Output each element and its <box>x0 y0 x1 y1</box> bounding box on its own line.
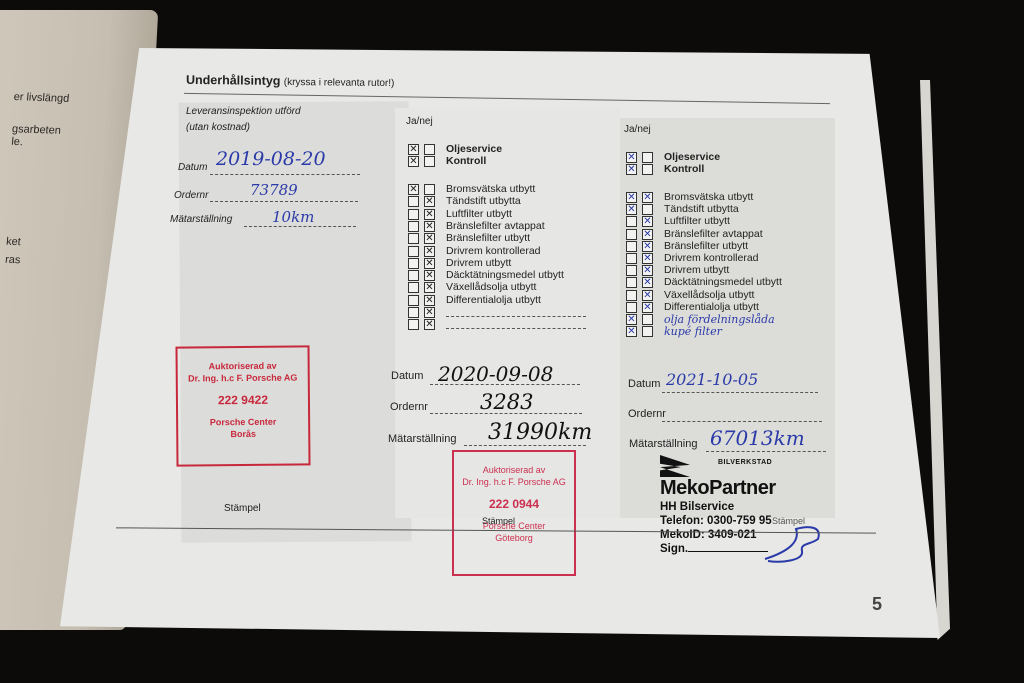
service2-mileage-value: 67013km <box>710 426 805 450</box>
yes-checkbox[interactable] <box>626 290 637 301</box>
service2-date-label: Datum <box>628 378 660 390</box>
stamp-line: Auktoriserad av <box>454 464 574 476</box>
checklist-item-label: Tändstift utbytta <box>446 195 521 207</box>
checklist-item-label: Bromsvätska utbytt <box>664 191 753 203</box>
checklist-item-label: Bränslefilter utbytt <box>446 232 530 244</box>
yes-checkbox[interactable] <box>408 307 419 318</box>
no-checkbox[interactable]: ✕ <box>424 319 435 330</box>
yes-checkbox[interactable]: ✕ <box>408 144 419 155</box>
service1-mileage-line <box>464 445 586 446</box>
yes-checkbox[interactable]: ✕ <box>626 204 637 215</box>
left-page-text: gsarbeten <box>11 123 61 137</box>
checklist-item-label: Bränslefilter avtappat <box>446 220 545 232</box>
service1-mileage-label: Mätarställning <box>388 433 456 445</box>
delivery-date-label: Datum <box>178 162 207 173</box>
checklist-item-label: Oljeservice <box>446 143 502 155</box>
service2-yes-no-header: Ja/nej <box>624 124 651 135</box>
no-checkbox[interactable]: ✕ <box>424 307 435 318</box>
yes-checkbox[interactable] <box>626 216 637 227</box>
stamp-meko-id: MekoID: 3409-021 <box>660 528 776 542</box>
no-checkbox[interactable] <box>642 204 653 215</box>
no-checkbox[interactable]: ✕ <box>424 295 435 306</box>
no-checkbox[interactable]: ✕ <box>424 233 435 244</box>
yes-checkbox[interactable] <box>408 282 419 293</box>
service1-yes-no-header: Ja/nej <box>406 116 433 127</box>
no-checkbox[interactable]: ✕ <box>424 209 435 220</box>
no-checkbox[interactable]: ✕ <box>642 229 653 240</box>
yes-checkbox[interactable]: ✕ <box>408 156 419 167</box>
yes-checkbox[interactable] <box>626 277 637 288</box>
service2-stamp-label: Stämpel <box>772 516 805 526</box>
checklist-item-label: kupé filter <box>664 325 722 338</box>
checklist-item-label: Bromsvätska utbytt <box>446 183 535 195</box>
no-checkbox[interactable] <box>642 152 653 163</box>
no-checkbox[interactable]: ✕ <box>424 196 435 207</box>
no-checkbox[interactable]: ✕ <box>642 241 653 252</box>
no-checkbox[interactable]: ✕ <box>642 302 653 313</box>
service2-order-line <box>662 421 822 422</box>
yes-checkbox[interactable] <box>408 221 419 232</box>
delivery-heading: Leveransinspektion utförd <box>186 106 301 117</box>
no-checkbox[interactable]: ✕ <box>642 192 653 203</box>
stamp-brand: MekoPartner <box>660 477 776 500</box>
no-checkbox[interactable]: ✕ <box>424 258 435 269</box>
left-page-text: ket <box>6 236 22 249</box>
delivery-order-line <box>210 201 358 202</box>
no-checkbox[interactable] <box>424 184 435 195</box>
service2-date-line <box>662 392 818 393</box>
checklist-item-label: Luftfilter utbytt <box>446 208 512 220</box>
stamp-line: Dr. Ing. h.c F. Porsche AG <box>454 476 574 488</box>
service1-mileage-value: 31990km <box>488 420 592 445</box>
yes-checkbox[interactable] <box>626 241 637 252</box>
delivery-mileage-value: 10km <box>272 208 314 226</box>
checklist-item-label: Differentialolja utbytt <box>664 301 759 313</box>
yes-checkbox[interactable]: ✕ <box>626 326 637 337</box>
checklist-item-label: Däcktätningsmedel utbytt <box>446 269 564 281</box>
no-checkbox[interactable]: ✕ <box>642 265 653 276</box>
stamp-phone: Telefon: 0300-759 95 <box>660 514 776 528</box>
page-number: 5 <box>872 594 882 615</box>
checklist-item-label: Bränslefilter utbytt <box>664 240 748 252</box>
checklist-item-label: Tändstift utbytta <box>664 203 739 215</box>
no-checkbox[interactable]: ✕ <box>642 290 653 301</box>
checklist-item-label: Drivrem kontrollerad <box>446 245 541 257</box>
form-title: Underhållsintyg (kryssa i relevanta ruto… <box>186 73 395 89</box>
checklist-item-label: Bränslefilter avtappat <box>664 228 763 240</box>
checklist-item-label: Växellådsolja utbytt <box>664 289 754 301</box>
stamp-line: Auktoriserad av <box>178 359 308 372</box>
yes-checkbox[interactable] <box>626 265 637 276</box>
no-checkbox[interactable] <box>424 156 435 167</box>
stamp-badge: BILVERKSTAD <box>718 459 772 466</box>
yes-checkbox[interactable] <box>408 295 419 306</box>
service2-order-label: Ordernr <box>628 408 666 420</box>
form-title-text: Underhållsintyg <box>186 73 281 88</box>
service1-date-value: 2020-09-08 <box>438 362 553 386</box>
yes-checkbox[interactable] <box>408 233 419 244</box>
no-checkbox[interactable]: ✕ <box>642 253 653 264</box>
yes-checkbox[interactable] <box>408 209 419 220</box>
no-checkbox[interactable]: ✕ <box>424 270 435 281</box>
checklist-item-label: Oljeservice <box>664 151 720 163</box>
delivery-order-label: Ordernr <box>174 190 208 201</box>
left-page-text: le. <box>11 136 24 148</box>
checklist-item-label: Luftfilter utbytt <box>664 215 730 227</box>
stamp-number: 222 0944 <box>454 498 574 510</box>
no-checkbox[interactable]: ✕ <box>424 221 435 232</box>
porsche-boras-stamp: Auktoriserad av Dr. Ing. h.c F. Porsche … <box>175 345 310 466</box>
checklist-item-label: Drivrem kontrollerad <box>664 252 759 264</box>
yes-checkbox[interactable]: ✕ <box>626 164 637 175</box>
delivery-heading-note: (utan kostnad) <box>186 122 250 133</box>
yes-checkbox[interactable] <box>408 196 419 207</box>
yes-checkbox[interactable] <box>626 253 637 264</box>
checklist-item-label <box>446 318 586 329</box>
checklist-item-label: Differentialolja utbytt <box>446 294 541 306</box>
no-checkbox[interactable]: ✕ <box>424 282 435 293</box>
stamp-company: HH Bilservice <box>660 500 776 514</box>
stamp-sign-label: Sign. <box>660 543 688 555</box>
delivery-date-value: 2019-08-20 <box>216 148 326 170</box>
service2-mileage-label: Mätarställning <box>629 438 697 450</box>
checklist-item-label: Däcktätningsmedel utbytt <box>664 276 782 288</box>
no-checkbox[interactable]: ✕ <box>642 216 653 227</box>
service2-date-value: 2021-10-05 <box>666 370 758 389</box>
service1-date-label: Datum <box>391 370 423 382</box>
service1-order-value: 3283 <box>480 390 533 414</box>
checklist-item-label: Drivrem utbytt <box>446 257 511 269</box>
maintenance-form: Underhållsintyg (kryssa i relevanta ruto… <box>110 60 870 620</box>
checklist-item-label: olja fördelningslåda <box>664 313 775 326</box>
service2-mileage-line <box>706 451 826 452</box>
yes-checkbox[interactable]: ✕ <box>626 192 637 203</box>
checklist-item-label: Växellådsolja utbytt <box>446 281 536 293</box>
no-checkbox[interactable]: ✕ <box>424 246 435 257</box>
checklist-item-label: Drivrem utbytt <box>664 264 729 276</box>
checklist-item-label: Kontroll <box>664 163 704 175</box>
yes-checkbox[interactable] <box>626 302 637 313</box>
checklist-item-label: Kontroll <box>446 155 486 167</box>
porsche-goteborg-stamp: Auktoriserad av Dr. Ing. h.c F. Porsche … <box>452 450 576 576</box>
no-checkbox[interactable] <box>642 164 653 175</box>
service1-order-label: Ordernr <box>390 401 428 413</box>
yes-checkbox[interactable]: ✕ <box>626 314 637 325</box>
delivery-mileage-line <box>244 226 356 227</box>
yes-checkbox[interactable] <box>626 229 637 240</box>
delivery-stamp-label: Stämpel <box>224 503 261 514</box>
left-page-text: ras <box>5 254 21 267</box>
yes-checkbox[interactable] <box>408 258 419 269</box>
mekopartner-logo-icon <box>660 455 690 477</box>
yes-checkbox[interactable] <box>408 270 419 281</box>
mekopartner-stamp: BILVERKSTAD MekoPartner HH Bilservice Te… <box>660 455 776 556</box>
form-subtitle: (kryssa i relevanta rutor!) <box>284 77 395 89</box>
checklist-item-label <box>446 306 586 317</box>
service1-stamp-label: Stämpel <box>482 516 515 526</box>
yes-checkbox[interactable]: ✕ <box>408 184 419 195</box>
yes-checkbox[interactable] <box>408 319 419 330</box>
delivery-date-line <box>210 174 360 175</box>
yes-checkbox[interactable]: ✕ <box>626 152 637 163</box>
no-checkbox[interactable] <box>642 326 653 337</box>
no-checkbox[interactable] <box>642 314 653 325</box>
delivery-order-value: 73789 <box>250 181 298 199</box>
delivery-mileage-label: Mätarställning <box>170 214 232 225</box>
no-checkbox[interactable]: ✕ <box>642 277 653 288</box>
stamp-line: Dr. Ing. h.c F. Porsche AG <box>178 371 308 384</box>
yes-checkbox[interactable] <box>408 246 419 257</box>
no-checkbox[interactable] <box>424 144 435 155</box>
stamp-number: 222 9422 <box>178 393 308 406</box>
signature-icon <box>760 521 830 565</box>
left-page-text: er livslängd <box>13 91 70 105</box>
stamp-line: Borås <box>178 427 308 440</box>
stamp-line: Göteborg <box>454 532 574 544</box>
